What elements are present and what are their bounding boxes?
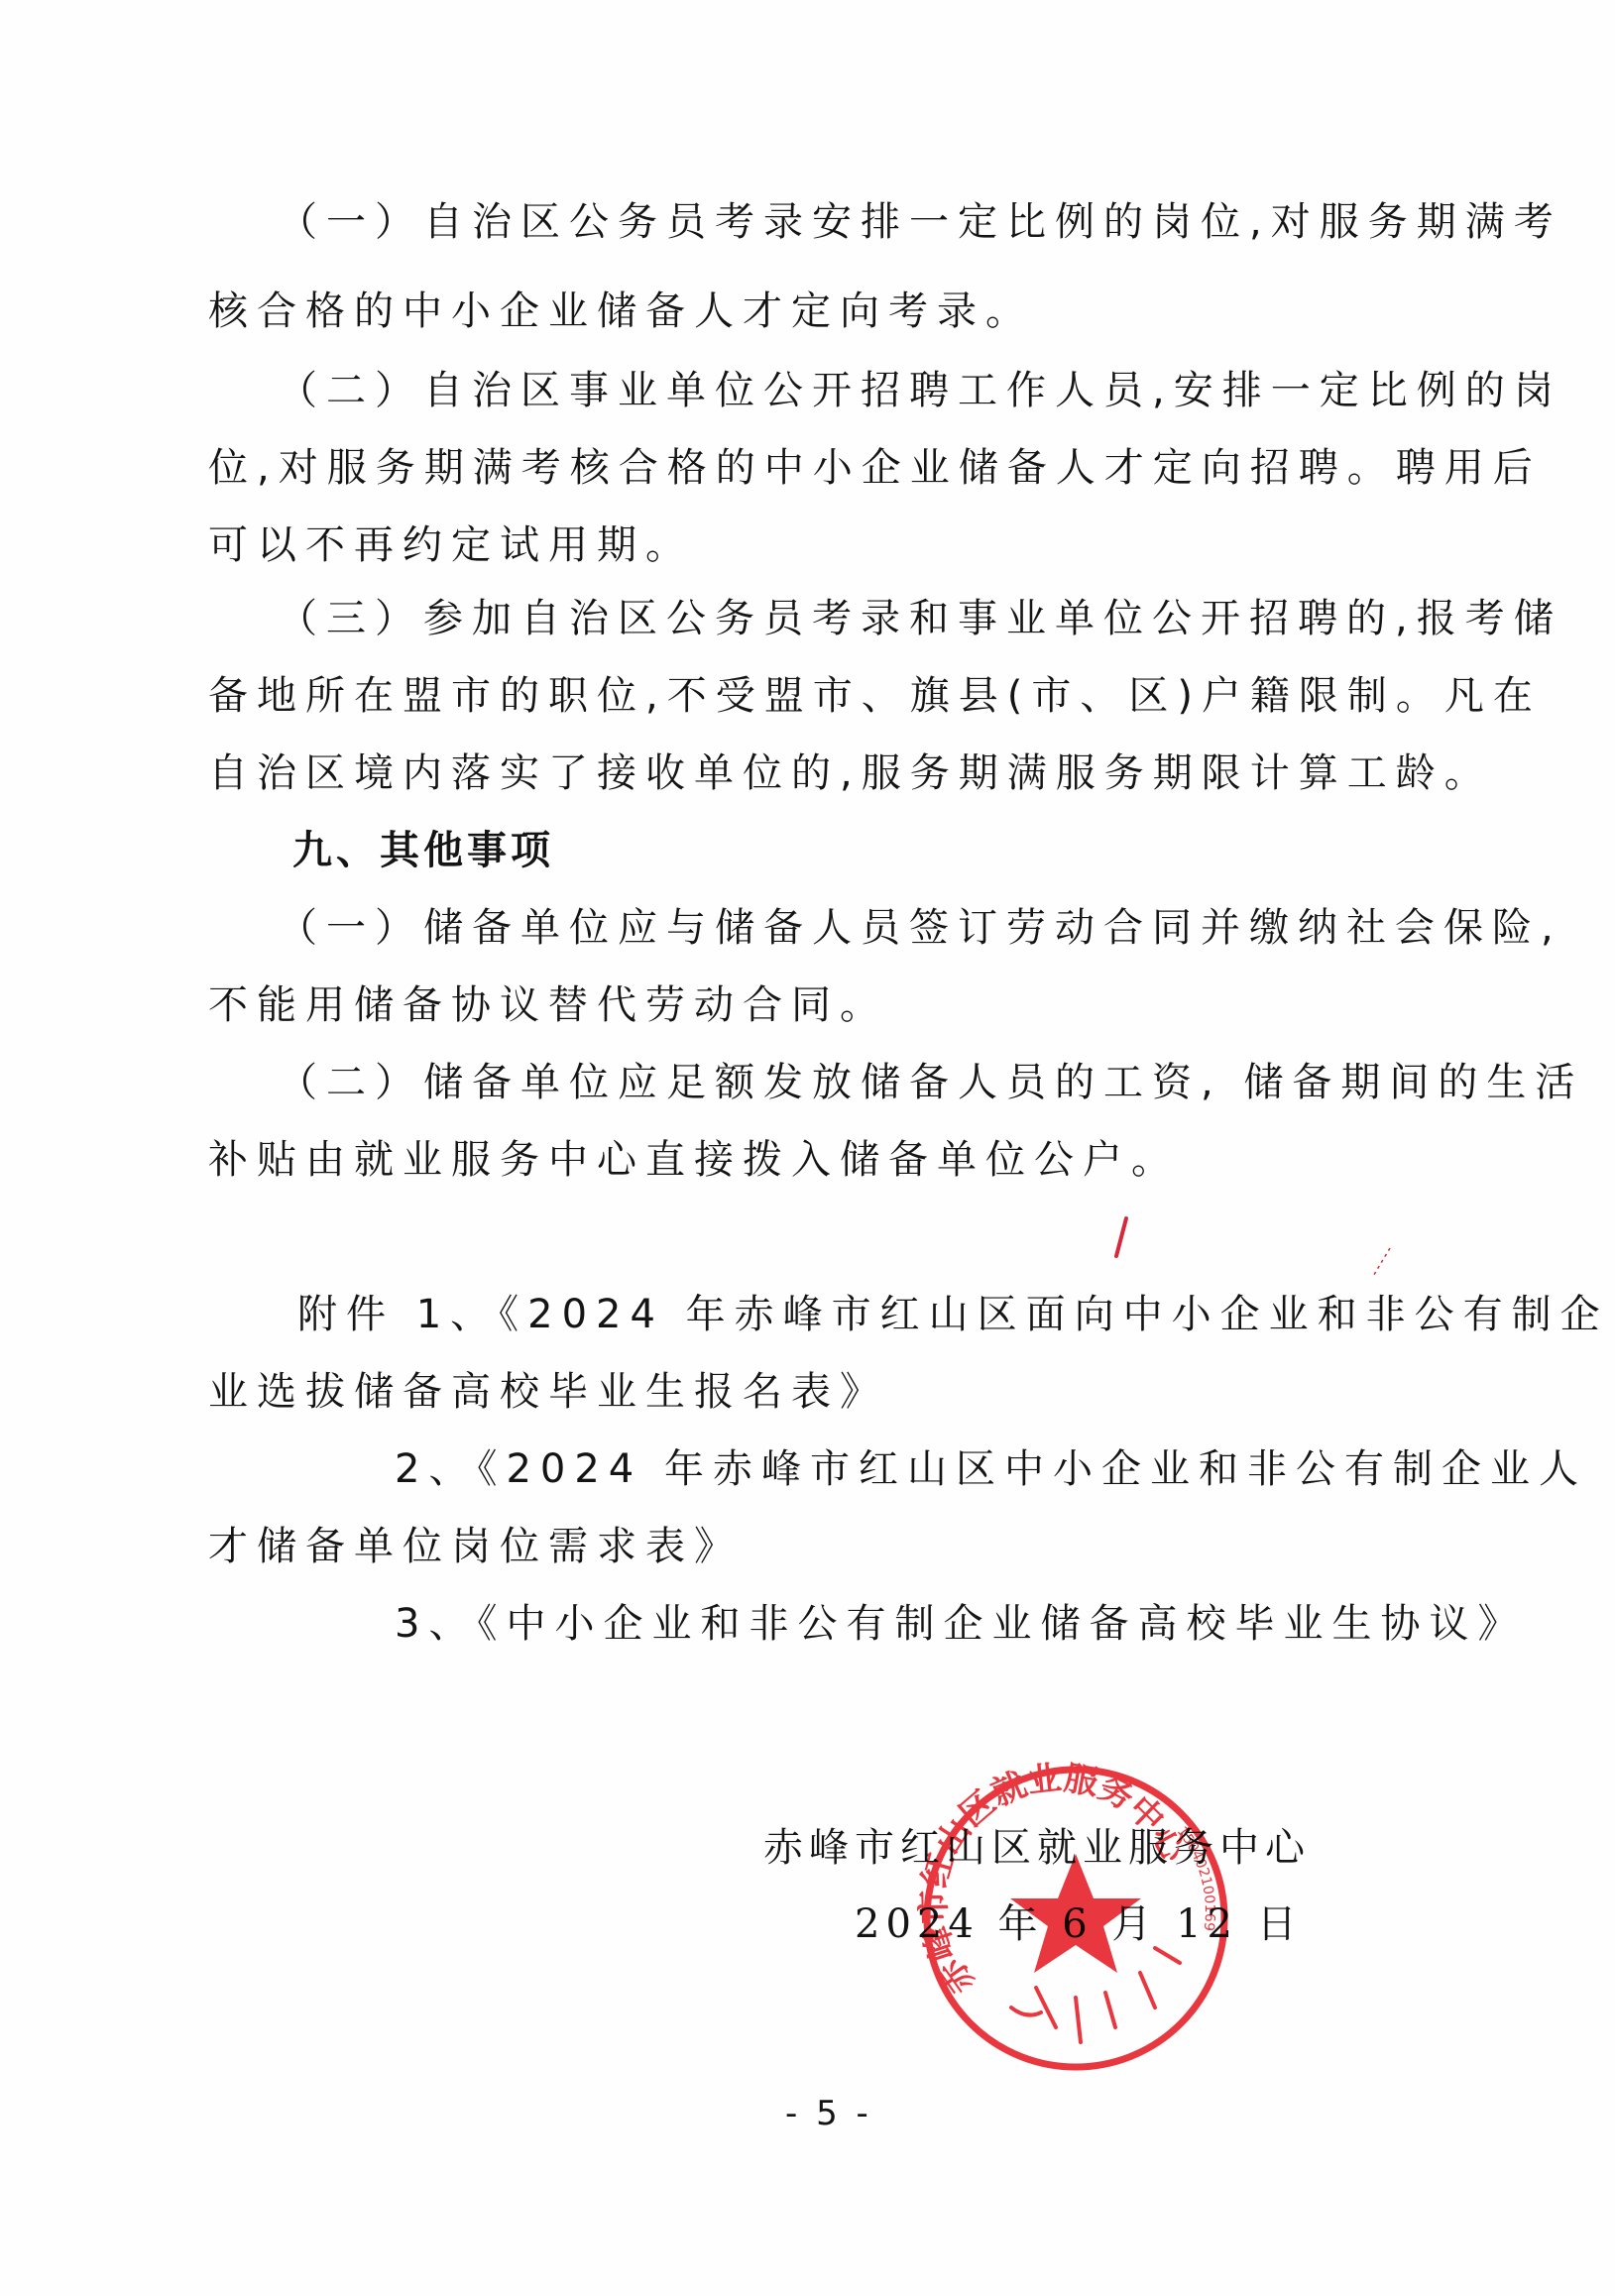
section-heading: 九、其他事项: [292, 827, 554, 874]
paragraph-line: 核合格的中小企业储备人才定向考录。: [208, 287, 1034, 335]
attachment-line: 2、《2024 年赤峰市红山区中小企业和非公有制企业人: [395, 1445, 1587, 1493]
paragraph-line: （一）自治区公务员考录安排一定比例的岗位,对服务期满考: [278, 198, 1562, 246]
paragraph-line: 位,对服务期满考核合格的中小企业储备人才定向招聘。聘用后: [208, 444, 1542, 492]
attachment-line: 附件 1、《2024 年赤峰市红山区面向中小企业和非公有制企: [297, 1291, 1609, 1338]
paragraph-line: 自治区境内落实了接收单位的,服务期满服务期限计算工龄。: [208, 749, 1493, 797]
paragraph-line: 不能用储备协议替代劳动合同。: [208, 981, 888, 1029]
paragraph-line: （二）自治区事业单位公开招聘工作人员,安排一定比例的岗: [278, 367, 1562, 414]
seal-code-text: 150402100169: [1174, 1824, 1217, 1932]
star-icon: [1010, 1854, 1141, 1973]
svg-text:赤峰市红山区就业服务中心: 赤峰市红山区就业服务中心: [917, 1760, 1195, 2002]
attachment-line: 业选拔储备高校毕业生报名表》: [208, 1368, 888, 1416]
attachment-line: 3、《中小企业和非公有制企业储备高校毕业生协议》: [395, 1600, 1526, 1648]
paragraph-line: 备地所在盟市的职位,不受盟市、旗县(市、区)户籍限制。凡在: [208, 672, 1542, 720]
page-number: - 5 -: [785, 2094, 872, 2133]
seal-ring-text: 赤峰市红山区就业服务中心: [917, 1760, 1195, 2002]
pen-mark-icon: [1366, 1244, 1396, 1284]
paragraph-line: 补贴由就业服务中心直接拨入储备单位公户。: [208, 1136, 1180, 1184]
official-seal-icon: 赤峰市红山区就业服务中心 150402100169: [917, 1760, 1234, 2077]
pen-mark-icon: [1110, 1214, 1134, 1264]
document-page: （一）自治区公务员考录安排一定比例的岗位,对服务期满考 核合格的中小企业储备人才…: [0, 0, 1615, 2296]
attachment-line: 才储备单位岗位需求表》: [208, 1523, 743, 1570]
paragraph-line: （三）参加自治区公务员考录和事业单位公开招聘的,报考储: [278, 595, 1562, 642]
paragraph-line: （二）储备单位应足额发放储备人员的工资, 储备期间的生活: [278, 1059, 1583, 1106]
paragraph-line: 可以不再约定试用期。: [208, 521, 694, 569]
svg-text:150402100169: 150402100169: [1174, 1824, 1217, 1932]
paragraph-line: （一）储备单位应与储备人员签订劳动合同并缴纳社会保险,: [278, 904, 1562, 952]
